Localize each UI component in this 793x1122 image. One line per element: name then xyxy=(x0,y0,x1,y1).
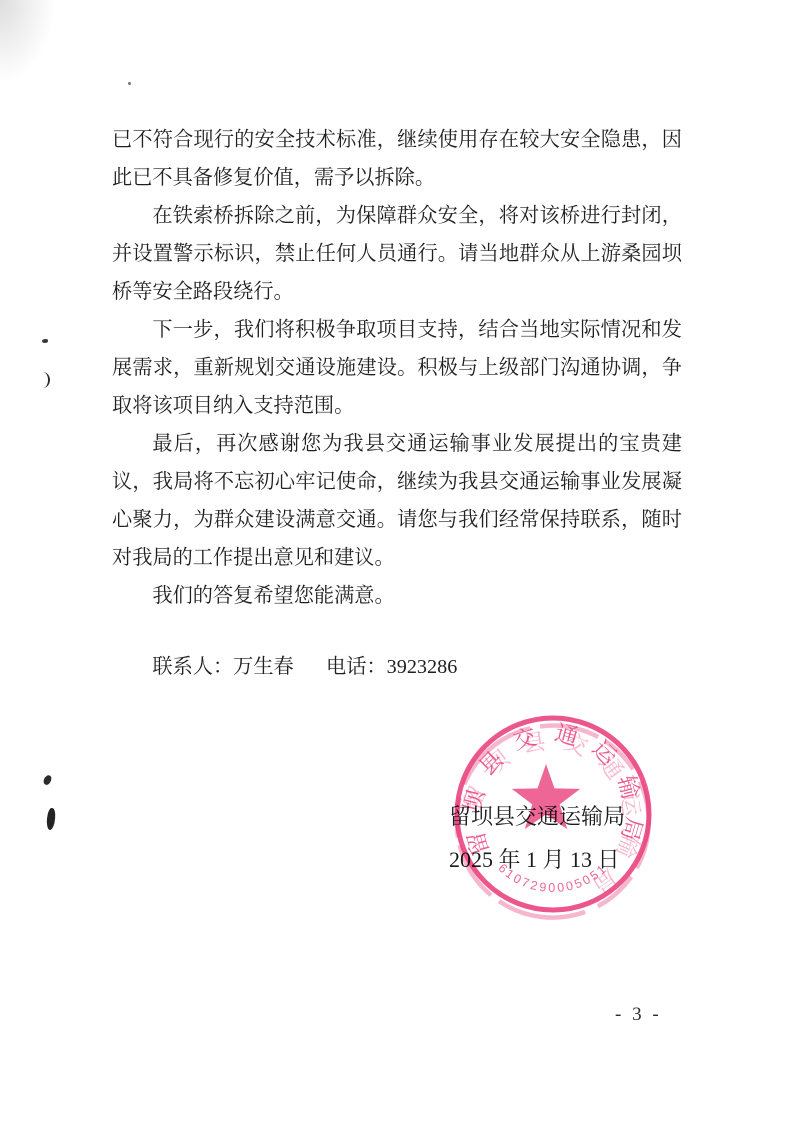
scan-artifact-curve xyxy=(40,372,50,388)
contact-person-label: 联系人： xyxy=(152,656,233,678)
signature-organization: 留坝县交通运输局 xyxy=(449,795,625,838)
contact-person-name: 万生春 xyxy=(233,656,294,678)
scanned-letter-page: 已不符合现行的安全技术标准，继续使用存在较大安全隐患，因此已不具备修复价值，需予… xyxy=(0,0,793,1122)
paragraph-next-steps: 下一步，我们将积极争取项目支持，结合当地实际情况和发展需求，重新规划交通设施建设… xyxy=(112,311,682,425)
scan-artifact-dot xyxy=(42,339,48,343)
page-number: - 3 - xyxy=(615,1004,662,1026)
paragraph-bridge-closure: 在铁索桥拆除之前，为保障群众安全，将对该桥进行封闭，并设置警示标识，禁止任何人员… xyxy=(112,197,682,311)
signature-block: 留坝县交通运输局 2025 年 1 月 13 日 xyxy=(449,795,625,881)
contact-phone-label: 电话： xyxy=(326,656,387,678)
paragraph-closing: 我们的答复希望您能满意。 xyxy=(112,577,682,615)
signature-date: 2025 年 1 月 13 日 xyxy=(449,838,625,881)
contact-line: 联系人：万生春电话：3923286 xyxy=(112,648,682,686)
scan-artifact-blob xyxy=(42,774,52,786)
scan-artifact-speck xyxy=(128,82,131,85)
letter-body: 已不符合现行的安全技术标准，继续使用存在较大安全隐患，因此已不具备修复价值，需予… xyxy=(112,121,682,686)
paragraph-demolition-conclusion: 已不符合现行的安全技术标准，继续使用存在较大安全隐患，因此已不具备修复价值，需予… xyxy=(112,121,682,197)
contact-phone-number: 3923286 xyxy=(387,656,458,678)
scan-corner-shadow xyxy=(0,0,60,90)
scan-artifact-blob xyxy=(46,808,56,831)
paragraph-thanks: 最后，再次感谢您为我县交通运输事业发展提出的宝贵建议，我局将不忘初心牢记使命，继… xyxy=(112,425,682,577)
